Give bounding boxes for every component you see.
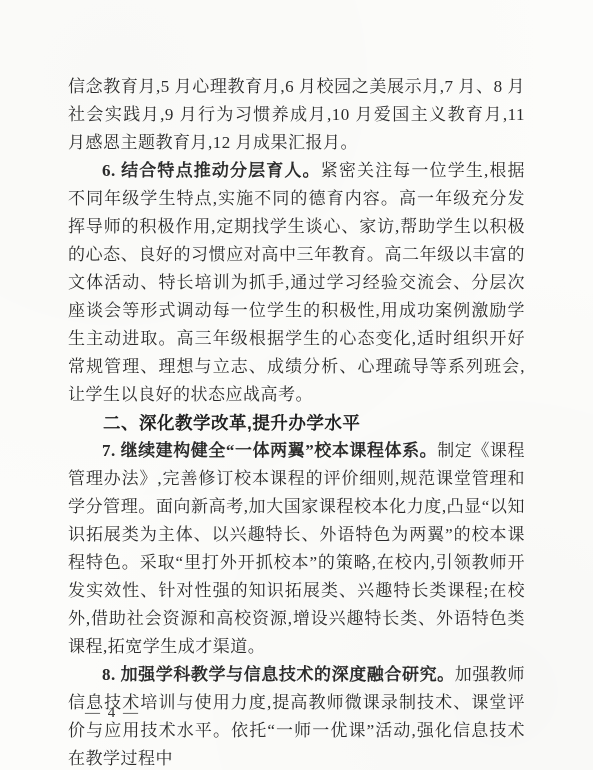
document-page: 信念教育月,5 月心理教育月,6 月校园之美展示月,7 月、8 月社会实践月,9…	[0, 0, 593, 770]
section-heading: 二、深化教学改革,提升办学水平	[68, 409, 525, 437]
paragraph-text: 紧密关注每一位学生,根据不同年级学生特点,实施不同的德育内容。高一年级充分发挥导…	[68, 161, 525, 404]
paragraph-lead: 6. 结合特点推动分层育人。	[102, 161, 321, 180]
paragraph-item-6: 6. 结合特点推动分层育人。紧密关注每一位学生,根据不同年级学生特点,实施不同的…	[68, 157, 525, 409]
paragraph-text: 信念教育月,5 月心理教育月,6 月校园之美展示月,7 月、8 月社会实践月,9…	[68, 77, 525, 152]
paragraph-item-7: 7. 继续建构健全“一体两翼”校本课程体系。制定《课程管理办法》,完善修订校本课…	[68, 437, 525, 661]
paragraph-lead: 7. 继续建构健全“一体两翼”校本课程体系。	[102, 441, 437, 460]
document-body: 信念教育月,5 月心理教育月,6 月校园之美展示月,7 月、8 月社会实践月,9…	[68, 73, 525, 770]
paragraph-continuation: 信念教育月,5 月心理教育月,6 月校园之美展示月,7 月、8 月社会实践月,9…	[68, 73, 525, 157]
paragraph-lead: 8. 加强学科教学与信息技术的深度融合研究。	[102, 665, 455, 684]
paragraph-text: 制定《课程管理办法》,完善修订校本课程的评价细则,规范课堂管理和学分管理。面向新…	[68, 441, 525, 656]
page-number: — 4 —	[85, 703, 140, 723]
